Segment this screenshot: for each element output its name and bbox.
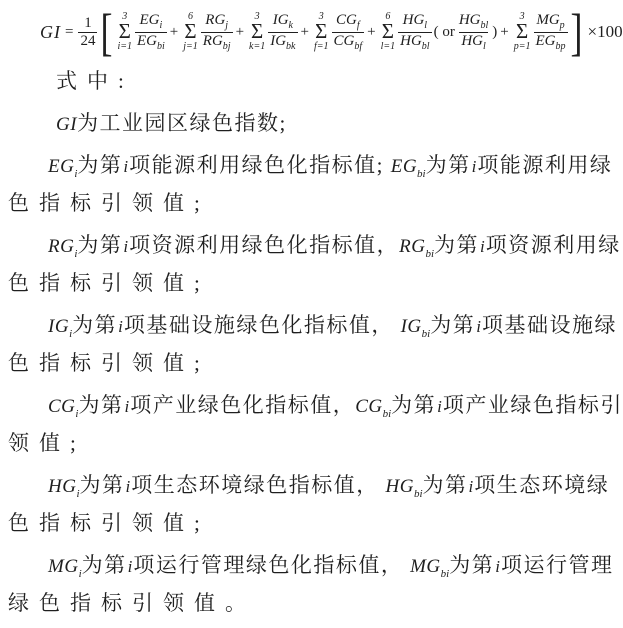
alt-open-paren: ( or xyxy=(434,24,455,41)
summation-symbol: 3Σk=1 xyxy=(249,12,265,52)
variable-subscript: k xyxy=(289,20,293,31)
text-segment: 为工业园区绿色指数; xyxy=(77,111,287,135)
variable-subscript: bi xyxy=(157,41,165,52)
variable-base: IG xyxy=(270,33,286,49)
fraction: HGblHGl xyxy=(457,12,490,51)
variable: EGi xyxy=(48,156,77,177)
paragraph: GI为工业园区绿色指数; xyxy=(8,104,617,142)
variable-subscript: bi xyxy=(425,248,434,260)
text-segment: 项资源利用绿色化指标值， xyxy=(129,233,399,257)
variable: IGi xyxy=(48,316,72,337)
right-bracket: ] xyxy=(571,6,583,58)
variable-base: MG xyxy=(536,12,559,28)
variable-subscript: bp xyxy=(556,41,566,52)
variable-base: IG xyxy=(273,12,289,28)
fraction-numerator: HGl xyxy=(401,12,429,31)
sum-lower-limit: i=1 xyxy=(117,42,132,52)
variable-subscript: bi xyxy=(414,488,423,500)
text-segment: 项运行管理绿色化指标值， xyxy=(133,553,410,577)
text-line: MGi为第i项运行管理绿色化指标值， MGbi为第i项运行管理 xyxy=(8,546,617,584)
text-line: 式中: xyxy=(8,62,617,100)
variable-subscript: bk xyxy=(286,41,295,52)
variable-subscript: bi xyxy=(422,328,431,340)
paragraph: CGi为第i项产业绿色化指标值，CGbi为第i项产业绿色指标引领值; xyxy=(8,386,617,462)
variable-subscript: f xyxy=(357,20,360,31)
paragraph: RGi为第i项资源利用绿色化指标值，RGbi为第i项资源利用绿色指标引领值; xyxy=(8,226,617,302)
variable-base: IG xyxy=(401,316,422,337)
fraction-numerator: HGbl xyxy=(457,12,490,31)
text-segment: 为第 xyxy=(80,473,125,497)
formula-lhs: GI xyxy=(40,22,61,43)
variable-base: EG xyxy=(137,33,157,49)
summation-symbol: 6Σl=1 xyxy=(381,12,396,52)
equals-sign: = xyxy=(65,24,73,41)
variable-base: HG xyxy=(48,476,76,497)
variable-base: CG xyxy=(355,396,382,417)
text-segment: 色指标引领值; xyxy=(8,351,210,375)
text-segment: 项生态环境绿色指标值， xyxy=(131,473,385,497)
fraction-denominator: RGbj xyxy=(201,32,233,52)
coefficient-numerator: 1 xyxy=(82,15,94,32)
text-segment: 项能源利用绿 xyxy=(477,153,612,177)
variable-subscript: bf xyxy=(354,41,362,52)
variable: CGi xyxy=(48,396,78,417)
text-line: EGi为第i项能源利用绿色化指标值; EGbi为第i项能源利用绿 xyxy=(8,146,617,184)
fraction-numerator: CGf xyxy=(334,12,362,31)
fraction: IGkIGbk xyxy=(268,12,297,51)
text-segment: 项产业绿色化指标值， xyxy=(130,393,355,417)
paragraph: MGi为第i项运行管理绿色化指标值， MGbi为第i项运行管理绿色指标引领值。 xyxy=(8,546,617,622)
text-segment: 为第 xyxy=(82,553,127,577)
variable-subscript: bj xyxy=(223,41,231,52)
variable-base: HG xyxy=(403,12,425,28)
text-segment: 式中: xyxy=(56,69,134,93)
fraction: RGjRGbj xyxy=(201,12,233,51)
sum-lower-limit: k=1 xyxy=(249,42,265,52)
summation-symbol: 3Σp=1 xyxy=(514,12,531,52)
paragraph: 式中: xyxy=(8,62,617,100)
text-segment: 项能源利用绿色化指标值; xyxy=(129,153,391,177)
text-segment: 为第 xyxy=(430,313,475,337)
plus-operator: + xyxy=(236,24,244,41)
sum-lower-limit: f=1 xyxy=(314,42,329,52)
index-variable: i xyxy=(475,317,482,336)
fraction: MGpEGbp xyxy=(534,12,568,51)
text-segment: 为第 xyxy=(77,153,122,177)
text-segment: 为第 xyxy=(78,393,123,417)
paragraph: EGi为第i项能源利用绿色化指标值; EGbi为第i项能源利用绿色指标引领值; xyxy=(8,146,617,222)
fraction-numerator: MGp xyxy=(534,12,566,31)
variable-base: RG xyxy=(203,33,223,49)
document-body: 式中:GI为工业园区绿色指数;EGi为第i项能源利用绿色化指标值; EGbi为第… xyxy=(0,62,623,622)
text-segment: 为第 xyxy=(423,473,468,497)
text-segment: 为第 xyxy=(449,553,494,577)
fraction-denominator: EGbp xyxy=(534,32,568,52)
text-segment: 领值; xyxy=(8,431,86,455)
variable-subscript: j xyxy=(225,20,228,31)
index-variable: i xyxy=(436,397,443,416)
text-line: 色指标引领值; xyxy=(8,344,617,382)
sigma-icon: Σ xyxy=(382,22,394,42)
variable: GI xyxy=(56,114,77,135)
fraction-denominator: HGbl xyxy=(398,32,431,52)
variable-base: MG xyxy=(48,556,79,577)
text-segment: 项运行管理 xyxy=(501,553,614,577)
variable-subscript: bl xyxy=(481,20,489,31)
sum-lower-limit: p=1 xyxy=(514,42,531,52)
variable-subscript: l xyxy=(424,20,427,31)
text-segment: 项基础设施绿色化指标值， xyxy=(124,313,401,337)
fraction: CGfCGbf xyxy=(332,12,365,51)
variable-subscript: bi xyxy=(417,168,426,180)
fraction: HGlHGbl xyxy=(398,12,431,51)
text-segment: 色指标引领值; xyxy=(8,191,210,215)
variable-base: HG xyxy=(459,12,481,28)
variable-base: HG xyxy=(461,33,483,49)
variable-base: CG xyxy=(334,33,355,49)
sigma-icon: Σ xyxy=(184,22,196,42)
summation-symbol: 3Σf=1 xyxy=(314,12,329,52)
text-line: GI为工业园区绿色指数; xyxy=(8,104,617,142)
text-segment: 为第 xyxy=(72,313,117,337)
sigma-icon: Σ xyxy=(119,22,131,42)
variable-base: HG xyxy=(386,476,414,497)
left-bracket: [ xyxy=(100,6,112,58)
variable: RGi xyxy=(48,236,77,257)
text-segment: 色指标引领值; xyxy=(8,511,210,535)
text-line: 色指标引领值; xyxy=(8,184,617,222)
variable: HGbi xyxy=(386,476,423,497)
plus-operator: + xyxy=(367,24,375,41)
plus-operator: + xyxy=(500,24,508,41)
text-line: IGi为第i项基础设施绿色化指标值， IGbi为第i项基础设施绿 xyxy=(8,306,617,344)
variable-base: RG xyxy=(399,236,425,257)
variable-base: EG xyxy=(536,33,556,49)
fraction-numerator: IGk xyxy=(271,12,295,31)
variable-subscript: p xyxy=(560,20,565,31)
plus-operator: + xyxy=(301,24,309,41)
alt-close-paren: ) xyxy=(492,24,497,41)
plus-operator: + xyxy=(170,24,178,41)
fraction-numerator: RGj xyxy=(203,12,230,31)
fraction-numerator: EGi xyxy=(138,12,165,31)
variable: HGi xyxy=(48,476,80,497)
text-segment: 色指标引领值; xyxy=(8,271,210,295)
text-segment: 项生态环境绿 xyxy=(474,473,609,497)
sigma-icon: Σ xyxy=(315,22,327,42)
sum-lower-limit: l=1 xyxy=(381,42,396,52)
variable-base: CG xyxy=(336,12,357,28)
fraction-denominator: EGbi xyxy=(135,32,167,52)
variable-base: RG xyxy=(205,12,225,28)
text-segment: 项基础设施绿 xyxy=(482,313,617,337)
coefficient-denominator: 24 xyxy=(78,32,97,50)
variable-subscript: bi xyxy=(441,568,450,580)
sigma-icon: Σ xyxy=(516,22,528,42)
formula-terms: 3Σi=1EGiEGbi+6Σj=1RGjRGbj+3Σk=1IGkIGbk+3… xyxy=(114,12,568,52)
text-line: HGi为第i项生态环境绿色指标值， HGbi为第i项生态环境绿 xyxy=(8,466,617,504)
variable: EGbi xyxy=(391,156,426,177)
text-line: RGi为第i项资源利用绿色化指标值，RGbi为第i项资源利用绿 xyxy=(8,226,617,264)
text-segment: 为第 xyxy=(426,153,471,177)
variable-base: CG xyxy=(48,396,75,417)
variable-base: EG xyxy=(391,156,417,177)
text-line: 色指标引领值; xyxy=(8,264,617,302)
index-variable: i xyxy=(479,237,486,256)
summation-symbol: 6Σj=1 xyxy=(183,12,198,52)
text-line: CGi为第i项产业绿色化指标值，CGbi为第i项产业绿色指标引 xyxy=(8,386,617,424)
text-segment: 为第 xyxy=(391,393,436,417)
variable-base: IG xyxy=(48,316,69,337)
variable-base: GI xyxy=(56,114,77,135)
sigma-icon: Σ xyxy=(251,22,263,42)
text-segment: 为第 xyxy=(77,233,122,257)
sum-lower-limit: j=1 xyxy=(183,42,198,52)
variable: MGi xyxy=(48,556,82,577)
fraction-denominator: HGl xyxy=(459,32,487,52)
variable: RGbi xyxy=(399,236,434,257)
variable-subscript: i xyxy=(160,20,163,31)
paragraph: IGi为第i项基础设施绿色化指标值， IGbi为第i项基础设施绿色指标引领值; xyxy=(8,306,617,382)
green-index-formula: GI = 1 24 [ 3Σi=1EGiEGbi+6Σj=1RGjRGbj+3Σ… xyxy=(0,0,623,60)
variable: CGbi xyxy=(355,396,391,417)
variable: MGbi xyxy=(410,556,449,577)
formula-multiplier: ×100 xyxy=(588,22,623,42)
text-segment: 项产业绿色指标引 xyxy=(443,393,623,417)
variable-base: HG xyxy=(400,33,422,49)
variable-subscript: bl xyxy=(422,41,430,52)
paragraph: HGi为第i项生态环境绿色指标值， HGbi为第i项生态环境绿色指标引领值; xyxy=(8,466,617,542)
index-variable: i xyxy=(117,317,124,336)
variable-subscript: l xyxy=(483,41,486,52)
variable-base: MG xyxy=(410,556,441,577)
coefficient-fraction: 1 24 xyxy=(78,15,97,50)
summation-symbol: 3Σi=1 xyxy=(117,12,132,52)
variable-subscript: bi xyxy=(383,408,392,420)
document-page: GI = 1 24 [ 3Σi=1EGiEGbi+6Σj=1RGjRGbj+3Σ… xyxy=(0,0,623,628)
text-segment: 绿色指标引领值。 xyxy=(8,591,256,615)
text-segment: 为第 xyxy=(434,233,479,257)
fraction: EGiEGbi xyxy=(135,12,167,51)
variable: IGbi xyxy=(401,316,431,337)
variable-base: EG xyxy=(48,156,74,177)
text-line: 色指标引领值; xyxy=(8,504,617,542)
fraction-denominator: IGbk xyxy=(268,32,297,52)
text-segment: 项资源利用绿 xyxy=(486,233,621,257)
index-variable: i xyxy=(494,557,501,576)
fraction-denominator: CGbf xyxy=(332,32,365,52)
variable-base: RG xyxy=(48,236,74,257)
text-line: 绿色指标引领值。 xyxy=(8,584,617,622)
text-line: 领值; xyxy=(8,424,617,462)
variable-base: EG xyxy=(140,12,160,28)
